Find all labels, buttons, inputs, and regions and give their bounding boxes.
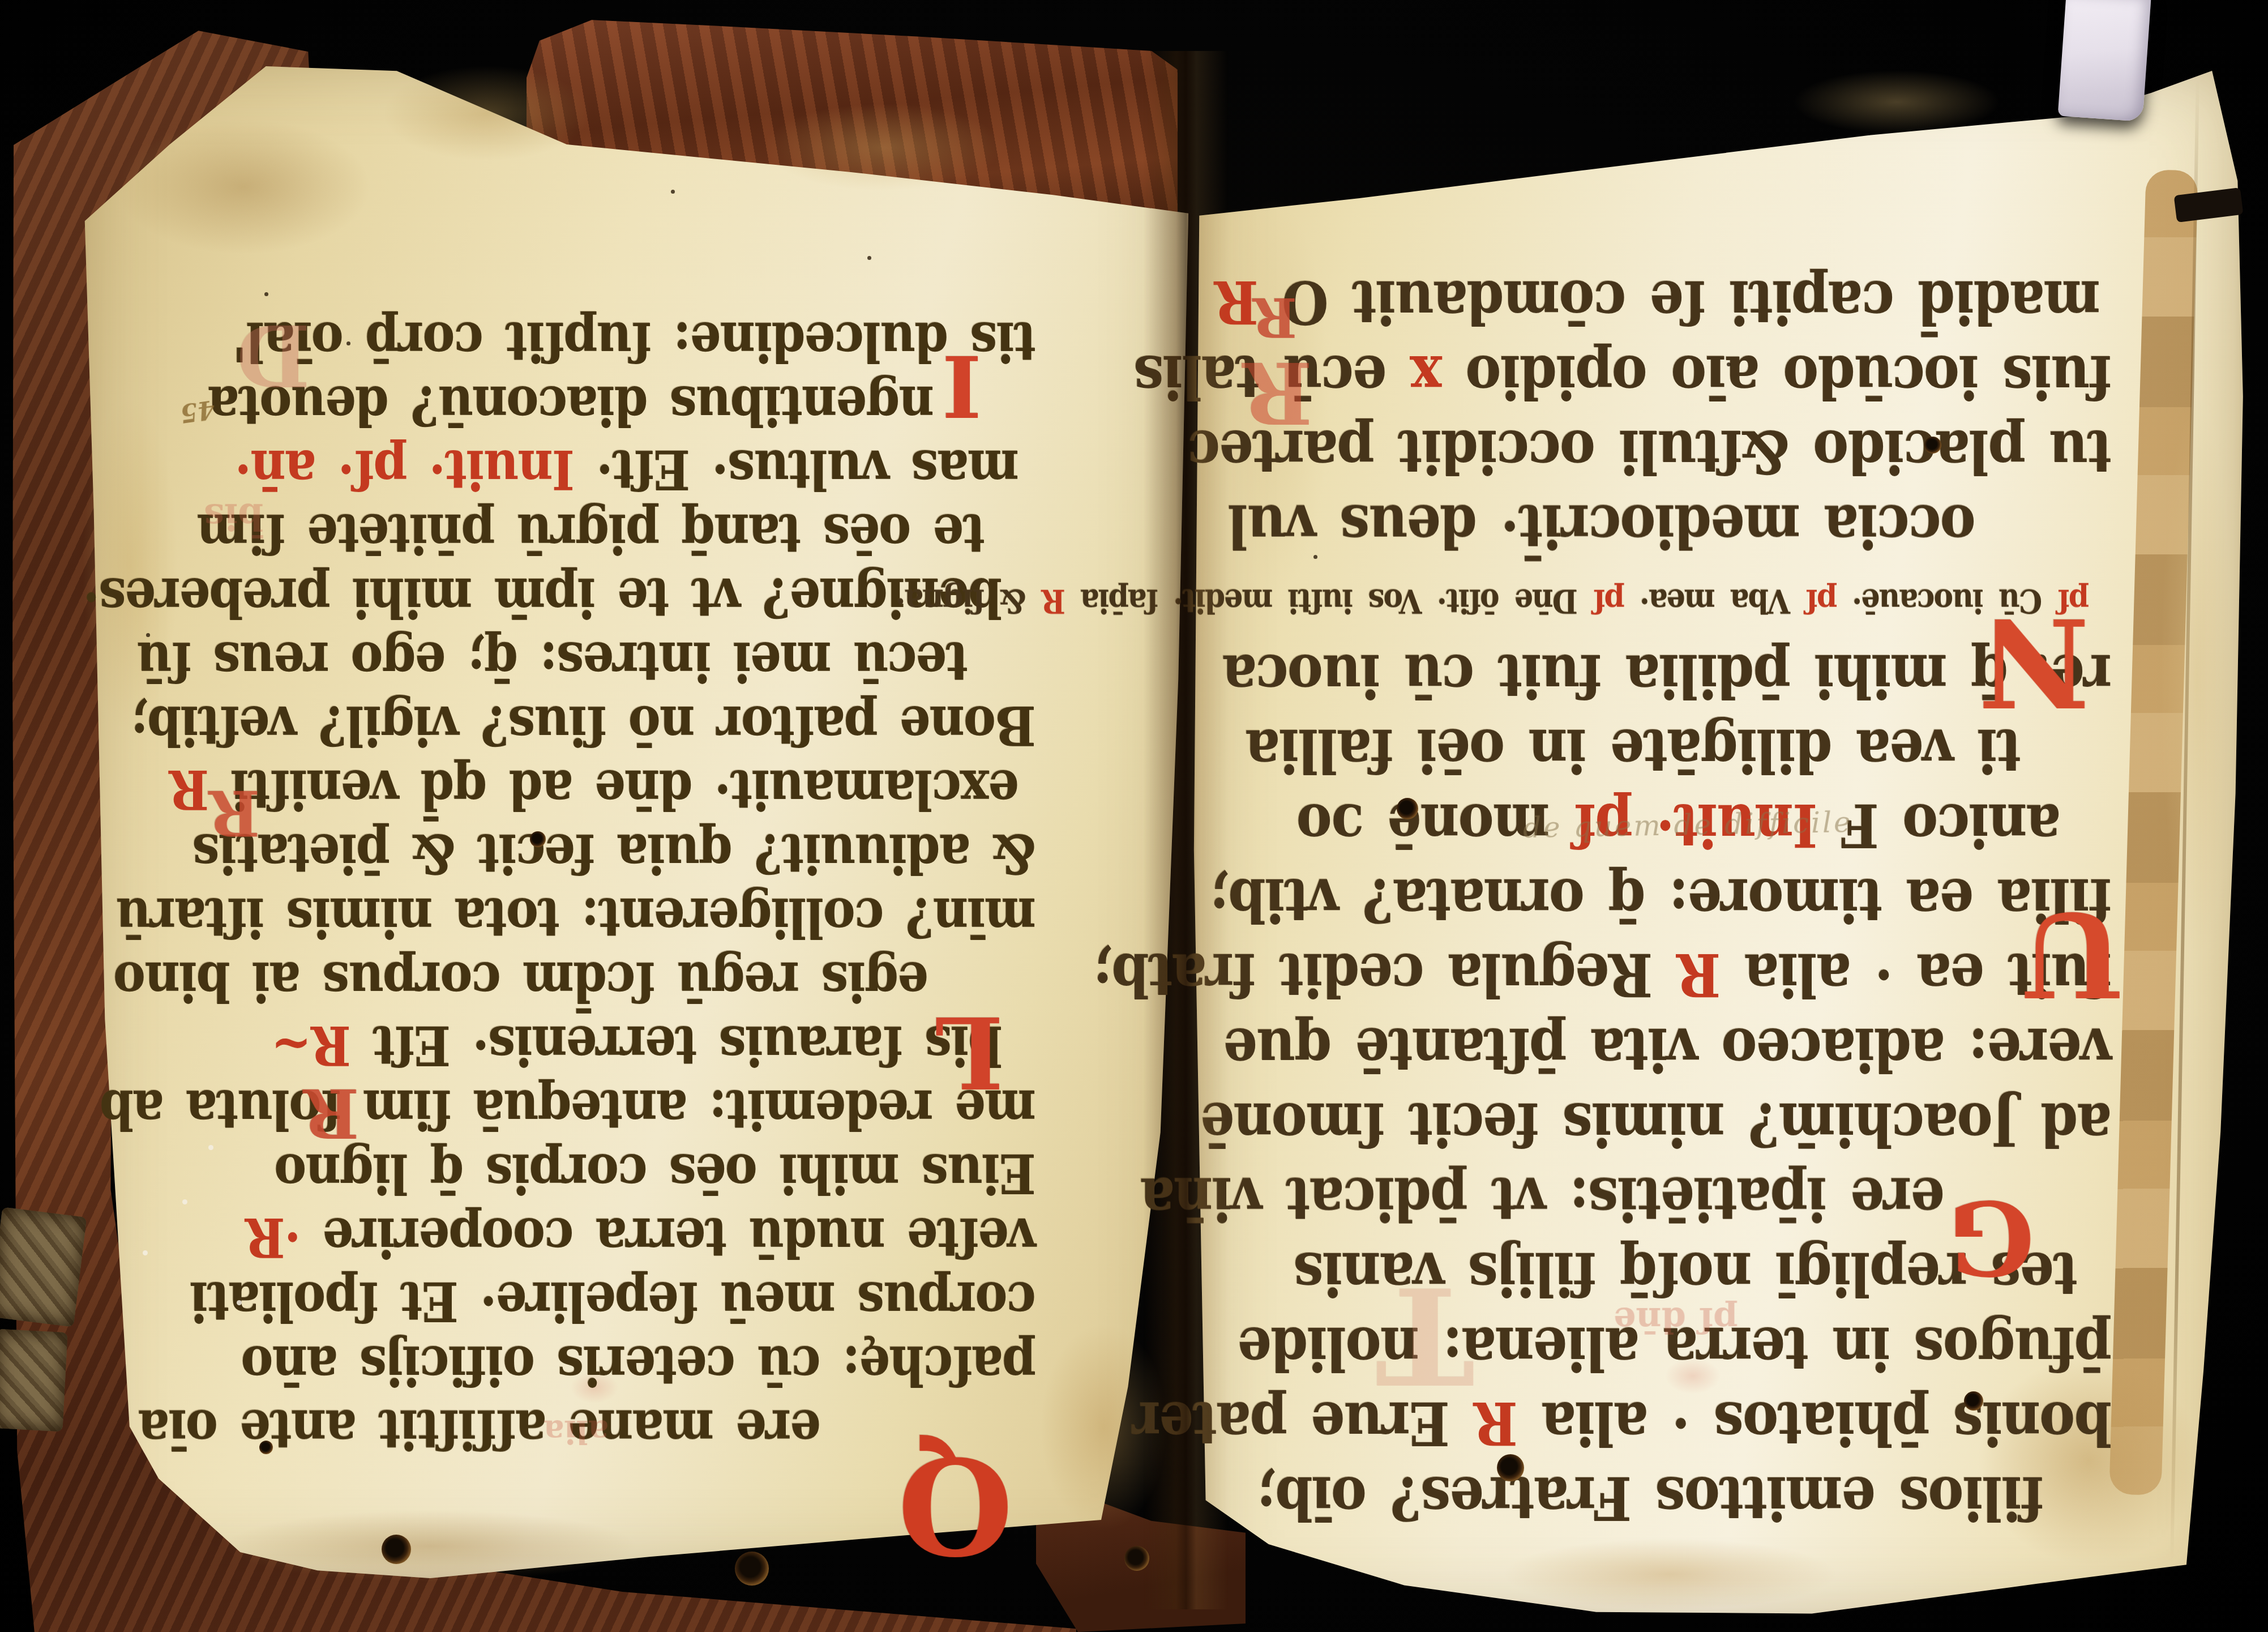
illuminated-initial: U bbox=[2022, 896, 2124, 1012]
rubric-text: R bbox=[170, 758, 209, 821]
ink-text: tis dulcedine: ſupſit corp̄ oīal' bbox=[233, 310, 1036, 373]
text-line: bis ſarauis terrenis· Eſt R~ bbox=[187, 1010, 1002, 1080]
ink-text: Eius mihi oēs corpis q̄ ligno bbox=[275, 1142, 1036, 1204]
text-line: te oēs tanq̄ pigrū pn̄itēte ſim bbox=[187, 498, 985, 568]
rubric-text: pſ bbox=[1578, 582, 1625, 620]
wormhole bbox=[1397, 798, 1418, 819]
paint-speck bbox=[182, 1199, 187, 1204]
paint-speck bbox=[143, 1250, 148, 1255]
ink-text: mīn? colligerent: tota nimis iſtarū bbox=[117, 886, 1036, 949]
text-line: pſ Cū iuocauē· pſ Vba mea· pſ Dn̄e ōſit·… bbox=[1217, 559, 2089, 641]
text-line: ere ip̄atiētis: vt p̄dicat vin̄a bbox=[1217, 1157, 1945, 1239]
ink-text: paſchę: cū ceteris oificijs an̄o bbox=[242, 1334, 1036, 1396]
text-line: & adiuuit? quia fecit & p̄ietatis bbox=[187, 818, 1036, 888]
ink-text: anico F bbox=[1817, 791, 2061, 860]
faded-stamp-text: de quem de difficile bbox=[1523, 806, 1854, 844]
ink-text: & adiuuit? quia fecit & p̄ietatis bbox=[193, 822, 1036, 885]
text-line: filia ea timore: q̄ ornata? vtib; bbox=[1217, 858, 2112, 940]
parchment-stain bbox=[340, 45, 634, 181]
text-line: Bone paſtor nō ſius? vigil? veſtib; bbox=[187, 690, 1036, 760]
wormhole bbox=[1124, 1546, 1149, 1571]
text-line: tis dulcedine: ſupſit corp̄ oīal' bbox=[187, 306, 1036, 376]
illuminated-initial: I bbox=[942, 343, 982, 428]
illuminated-initial: T bbox=[1376, 1268, 1475, 1402]
ink-text: egis regū ſcd̄m corpus ai bino bbox=[114, 950, 928, 1012]
text-line: ti vea diligāte in oēi fallia bbox=[1217, 708, 2021, 791]
ink-speck bbox=[264, 292, 268, 296]
offset-ghost-text: alia bbox=[544, 1416, 609, 1447]
text-line: mīn? colligerent: tota nimis iſtarū bbox=[187, 882, 1036, 952]
illuminated-initial: Q bbox=[897, 1438, 1013, 1571]
ink-text: ad Joachim̄? nimis fecit ſmonē bbox=[1201, 1090, 2112, 1159]
text-line: benigne? vt te ipm̄ mihi preberes· bbox=[187, 562, 1002, 632]
rubric-text: R~ bbox=[272, 1014, 352, 1076]
wormhole bbox=[530, 831, 546, 847]
ink-text: Dn̄e ōſit· bbox=[1422, 582, 1578, 620]
ink-text: me redemit: antequā ſim ſoluta ab bbox=[101, 1078, 1036, 1140]
ink-text: veſte nudū terra cooperire bbox=[301, 1206, 1036, 1268]
parchment-stain bbox=[1432, 1523, 1908, 1625]
rubric-text: Inuit· pſ· an̄· bbox=[236, 438, 575, 501]
rubric-text: R bbox=[1653, 940, 1721, 1009]
illuminated-initial: L bbox=[934, 1002, 1004, 1101]
paint-speck bbox=[237, 1300, 242, 1305]
ink-text: benigne? vt te ipm̄ mihi preberes· bbox=[84, 566, 1002, 629]
parchment-stain bbox=[136, 1495, 725, 1597]
ink-text: exclamauit· dn̄e ad qd̄ veniſti bbox=[209, 758, 1019, 821]
ink-speck bbox=[671, 190, 675, 194]
text-line: egis regū ſcd̄m corpus ai bino bbox=[187, 946, 928, 1016]
ink-text: tecū mei intres: q̄; ego reus ſū bbox=[138, 630, 968, 693]
parchment-stain bbox=[2146, 283, 2248, 1076]
ink-text: madid̄ capiti ſe cōmdauit O bbox=[1259, 267, 2100, 336]
ink-text: ti vea diligāte in oēi fallia bbox=[1246, 716, 2021, 785]
text-line: paſchę: cū ceteris oificijs an̄o bbox=[187, 1330, 1036, 1400]
ink-text: & ſigna· bbox=[897, 582, 1026, 620]
ink-text: Bone paſtor nō ſius? vigil? veſtib; bbox=[131, 694, 1036, 757]
ink-speck bbox=[146, 633, 150, 637]
rubric-text: x bbox=[1387, 342, 1443, 411]
text-line: fuis iocūdo aīo opidio x ecū talis bbox=[1217, 335, 2112, 417]
ink-text: te oēs tanq̄ pigrū pn̄itēte ſim bbox=[198, 502, 985, 565]
ink-speck bbox=[346, 341, 350, 345]
wormhole bbox=[1497, 1454, 1524, 1481]
text-line: mas vultus· Eſt· Inuit· pſ· an̄· bbox=[187, 434, 1019, 504]
ink-text: Vos iuſti medit· ſap̄ia bbox=[1065, 582, 1422, 620]
wormhole bbox=[735, 1552, 769, 1586]
wormhole bbox=[1924, 437, 1941, 454]
ink-text: filios emittos Fratres? oīb; bbox=[1257, 1463, 2044, 1532]
text-line: filios emittos Fratres? oīb; bbox=[1217, 1456, 2044, 1538]
binding-strap bbox=[0, 1329, 67, 1432]
ink-text: ngentibus diaconū? deuota bbox=[209, 374, 934, 437]
rubric-text: R bbox=[1026, 582, 1065, 620]
margin-inscription: 45 bbox=[178, 394, 217, 428]
ink-text: bonis p̄hiatos · alia bbox=[1518, 1389, 2112, 1458]
text-line: tecū mei intres: q̄; ego reus ſū bbox=[187, 626, 968, 696]
text-line: corpus meū ſepelire· Et ſpoliati bbox=[187, 1266, 1036, 1336]
rubric-text: pſ bbox=[1790, 582, 1837, 620]
ink-text: vere: adiaceo vita p̄ſtantē que bbox=[1224, 1015, 2112, 1084]
right-page-text: filios emittos Fratres? oīb;bonis p̄hiat… bbox=[1217, 266, 2112, 1535]
ink-speck bbox=[867, 256, 871, 260]
manuscript-photo: ere mane aſſiſtit ante oīapaſchę: cū cet… bbox=[0, 0, 2268, 1632]
text-line: veſte nudū terra cooperire ·R bbox=[187, 1202, 1036, 1272]
illuminated-initial: R bbox=[208, 781, 260, 844]
illuminated-initial: D bbox=[237, 313, 310, 398]
ink-text: corpus meū ſepelire· Et ſpoliati bbox=[191, 1270, 1036, 1332]
illuminated-initial: R bbox=[1242, 350, 1313, 435]
wormhole bbox=[1964, 1391, 1983, 1411]
text-line: ere mane aſſiſtit ante oīa bbox=[187, 1394, 821, 1464]
text-line: vere: adiaceo vita p̄ſtantē que bbox=[1217, 1007, 2112, 1090]
ink-text: monē ɔo bbox=[1298, 791, 1550, 860]
text-line: ad Joachim̄? nimis fecit ſmonē bbox=[1217, 1082, 2112, 1164]
text-line: tu placido &ſtuli occidit partec bbox=[1217, 409, 2112, 492]
ink-text bbox=[575, 438, 597, 501]
ink-text: fuis iocūdo aīo opidio bbox=[1442, 342, 2112, 411]
gutter-shadow bbox=[1144, 51, 1229, 1609]
ink-speck bbox=[1727, 362, 1731, 366]
illuminated-initial: G bbox=[1948, 1186, 2035, 1288]
offset-ghost-text: pſ dn̄e bbox=[1614, 1302, 1738, 1338]
illuminated-initial: R bbox=[1252, 290, 1297, 344]
left-page-text: ere mane aſſiſtit ante oīapaſchę: cū cet… bbox=[187, 294, 1036, 1461]
parchment-stain bbox=[713, 85, 1053, 210]
ink-text: ere ip̄atiētis: vt p̄dicat vin̄a bbox=[1141, 1164, 1945, 1233]
ink-text: tu placido &ſtuli occidit partec bbox=[1188, 417, 2112, 486]
ink-text: filia ea timore: q̄ ornata? vtib; bbox=[1210, 865, 2112, 934]
wormhole bbox=[259, 1441, 273, 1454]
offset-ghost-text: b̄is bbox=[204, 498, 263, 535]
text-line: exclamauit· dn̄e ad qd̄ veniſti R bbox=[187, 754, 1019, 824]
ink-text: bis ſarauis terrenis· Eſt bbox=[351, 1014, 1002, 1076]
binding-strap bbox=[0, 1207, 87, 1327]
illuminated-initial: N bbox=[1979, 601, 2090, 723]
text-line: occia mediocrit̄· deus vul bbox=[1217, 484, 1976, 566]
ink-text: mas vultus· Eſt· bbox=[597, 438, 1019, 501]
ink-text: occia mediocrit̄· deus vul bbox=[1229, 492, 1976, 561]
text-line: re: q̄ mihi p̄dilia fuit cū iuoca bbox=[1217, 634, 2112, 716]
text-line: madid̄ capiti ſe cōmdauit O R bbox=[1217, 260, 2100, 342]
ink-text: Vba mea· bbox=[1625, 582, 1791, 620]
ink-speck bbox=[1313, 555, 1317, 559]
paint-speck bbox=[208, 1145, 213, 1150]
rubric-text: ·R bbox=[246, 1206, 301, 1268]
illuminated-initial: R bbox=[303, 1079, 360, 1147]
text-line: fuit ea · alia R Regula cedit fratb; bbox=[1217, 933, 2112, 1015]
ink-text: ere mane aſſiſtit ante oīa bbox=[139, 1398, 821, 1460]
parchment-stain bbox=[1749, 57, 2044, 147]
wormhole bbox=[382, 1535, 411, 1564]
cloth-bookmark bbox=[2058, 0, 2151, 122]
